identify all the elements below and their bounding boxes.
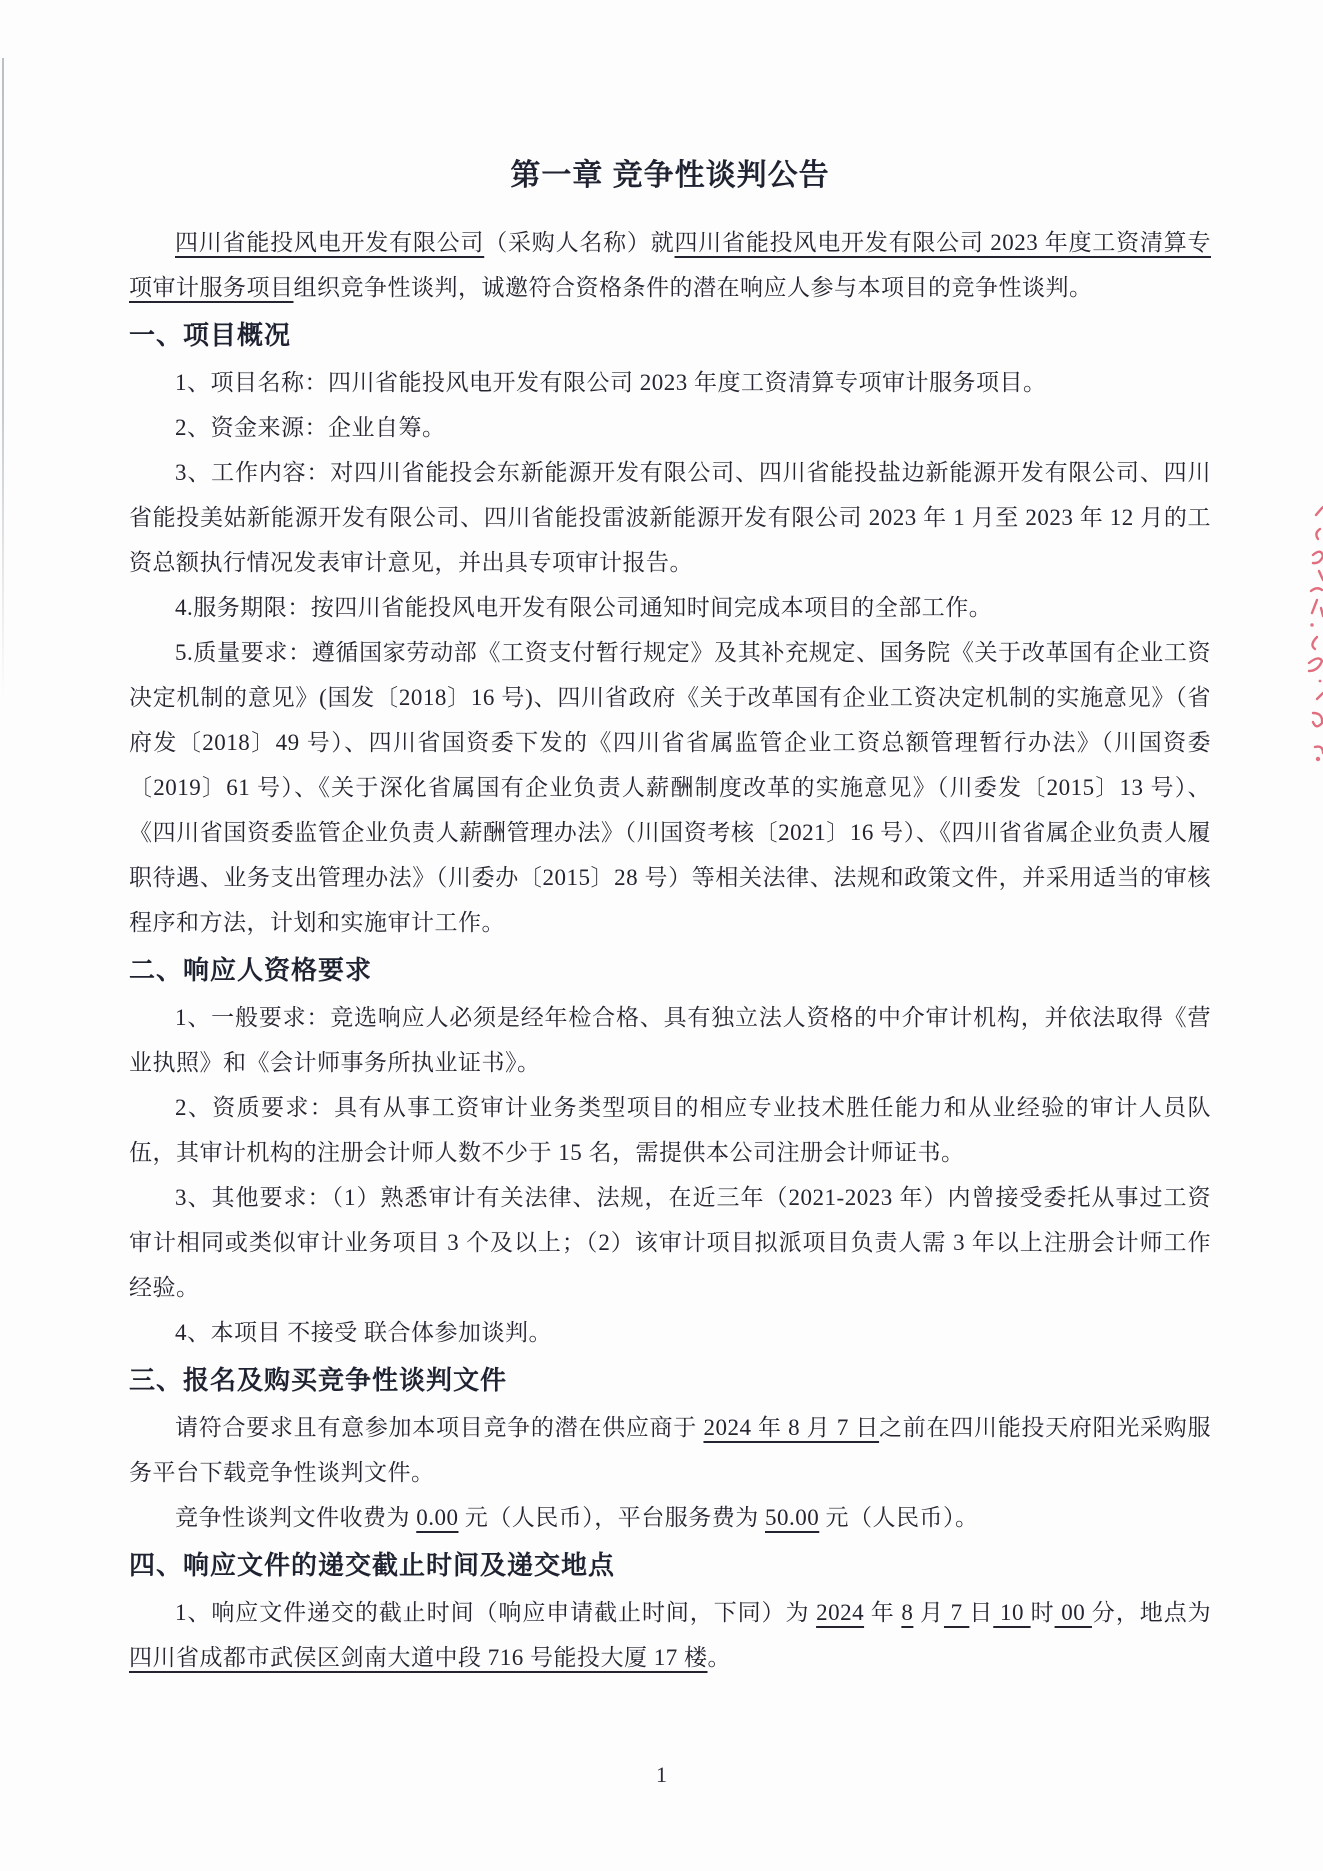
underlined-text: 10 xyxy=(993,1600,1030,1625)
paragraph: 3、工作内容：对四川省能投会东新能源开发有限公司、四川省能投盐边新能源开发有限公… xyxy=(129,450,1211,585)
scan-edge-artifact xyxy=(2,58,4,698)
paragraph: 2、资金来源：企业自筹。 xyxy=(129,405,1211,450)
underlined-text: 0.00 xyxy=(416,1505,458,1530)
text-run: 5.质量要求：遵循国家劳动部《工资支付暂行规定》及其补充规定、国务院《关于改革国… xyxy=(129,640,1211,935)
text-run: （采购人名称）就 xyxy=(484,230,674,255)
text-run: 2、资质要求：具有从事工资审计业务类型项目的相应专业技术胜任能力和从业经验的审计… xyxy=(129,1095,1211,1165)
document-content: 第一章 竞争性谈判公告 四川省能投风电开发有限公司（采购人名称）就四川省能投风电… xyxy=(129,152,1211,1680)
paragraph: 请符合要求且有意参加本项目竞争的潜在供应商于 2024 年 8 月 7 日之前在… xyxy=(129,1405,1211,1495)
text-run: 月 xyxy=(913,1600,944,1625)
text-run: 1、项目名称：四川省能投风电开发有限公司 2023 年度工资清算专项审计服务项目… xyxy=(175,370,1047,395)
paragraph: 竞争性谈判文件收费为 0.00 元（人民币），平台服务费为 50.00 元（人民… xyxy=(129,1495,1211,1540)
text-run: 年 xyxy=(864,1600,901,1625)
page-title: 第一章 竞争性谈判公告 xyxy=(129,152,1211,200)
text-run: 竞争性谈判文件收费为 xyxy=(175,1505,416,1530)
paragraph: 3、其他要求：（1）熟悉审计有关法律、法规，在近三年（2021-2023 年）内… xyxy=(129,1175,1211,1310)
paragraph: 5.质量要求：遵循国家劳动部《工资支付暂行规定》及其补充规定、国务院《关于改革国… xyxy=(129,630,1211,945)
red-stamp-mark xyxy=(1293,505,1323,767)
underlined-text: 2024 xyxy=(816,1600,864,1625)
paragraph: 1、一般要求：竞选响应人必须是经年检合格、具有独立法人资格的中介审计机构，并依法… xyxy=(129,995,1211,1085)
section-heading-3: 三、报名及购买竞争性谈判文件 xyxy=(129,1357,1211,1403)
text-run: 1、响应文件递交的截止时间（响应申请截止时间，下同）为 xyxy=(175,1600,816,1625)
text-run: 日 xyxy=(969,1600,993,1625)
text-run: 时 xyxy=(1031,1600,1055,1625)
text-run: 请符合要求且有意参加本项目竞争的潜在供应商于 xyxy=(175,1415,703,1440)
document-body: 四川省能投风电开发有限公司（采购人名称）就四川省能投风电开发有限公司 2023 … xyxy=(129,220,1211,1680)
section-heading-1: 一、项目概况 xyxy=(129,312,1211,358)
text-run: 组织竞争性谈判，诚邀符合资格条件的潜在响应人参与本项目的竞争性谈判。 xyxy=(294,275,1093,300)
page-number: 1 xyxy=(0,1762,1323,1788)
text-run: 2、资金来源：企业自筹。 xyxy=(175,415,446,440)
underlined-text: 50.00 xyxy=(765,1505,819,1530)
underlined-text: 7 xyxy=(944,1600,969,1625)
paragraph: 4.服务期限：按四川省能投风电开发有限公司通知时间完成本项目的全部工作。 xyxy=(129,585,1211,630)
text-run: 3、其他要求：（1）熟悉审计有关法律、法规，在近三年（2021-2023 年）内… xyxy=(129,1185,1211,1300)
section-heading-4: 四、响应文件的递交截止时间及递交地点 xyxy=(129,1542,1211,1588)
underlined-text: 2024 年 8 月 7 日 xyxy=(703,1415,879,1440)
text-run: 4、本项目 不接受 联合体参加谈判。 xyxy=(175,1320,552,1345)
paragraph: 2、资质要求：具有从事工资审计业务类型项目的相应专业技术胜任能力和从业经验的审计… xyxy=(129,1085,1211,1175)
paragraph: 1、项目名称：四川省能投风电开发有限公司 2023 年度工资清算专项审计服务项目… xyxy=(129,360,1211,405)
text-run: 元（人民币），平台服务费为 xyxy=(459,1505,766,1530)
paragraph: 1、响应文件递交的截止时间（响应申请截止时间，下同）为 2024 年 8 月 7… xyxy=(129,1590,1211,1680)
text-run: 元（人民币）。 xyxy=(819,1505,978,1530)
text-run: 3、工作内容：对四川省能投会东新能源开发有限公司、四川省能投盐边新能源开发有限公… xyxy=(129,460,1211,575)
underlined-text: 四川省成都市武侯区剑南大道中段 716 号能投大厦 17 楼 xyxy=(129,1645,708,1670)
underlined-text: 8 xyxy=(901,1600,913,1625)
text-run: 1、一般要求：竞选响应人必须是经年检合格、具有独立法人资格的中介审计机构，并依法… xyxy=(129,1005,1211,1075)
text-run: 分，地点为 xyxy=(1092,1600,1211,1625)
text-run: 。 xyxy=(708,1645,732,1670)
intro-paragraph: 四川省能投风电开发有限公司（采购人名称）就四川省能投风电开发有限公司 2023 … xyxy=(129,220,1211,310)
underlined-text: 00 xyxy=(1055,1600,1092,1625)
document-page: 第一章 竞争性谈判公告 四川省能投风电开发有限公司（采购人名称）就四川省能投风电… xyxy=(0,0,1323,1871)
paragraph: 4、本项目 不接受 联合体参加谈判。 xyxy=(129,1310,1211,1355)
section-heading-2: 二、响应人资格要求 xyxy=(129,947,1211,993)
text-run: 4.服务期限：按四川省能投风电开发有限公司通知时间完成本项目的全部工作。 xyxy=(175,595,992,620)
underlined-text: 四川省能投风电开发有限公司 xyxy=(175,230,484,255)
